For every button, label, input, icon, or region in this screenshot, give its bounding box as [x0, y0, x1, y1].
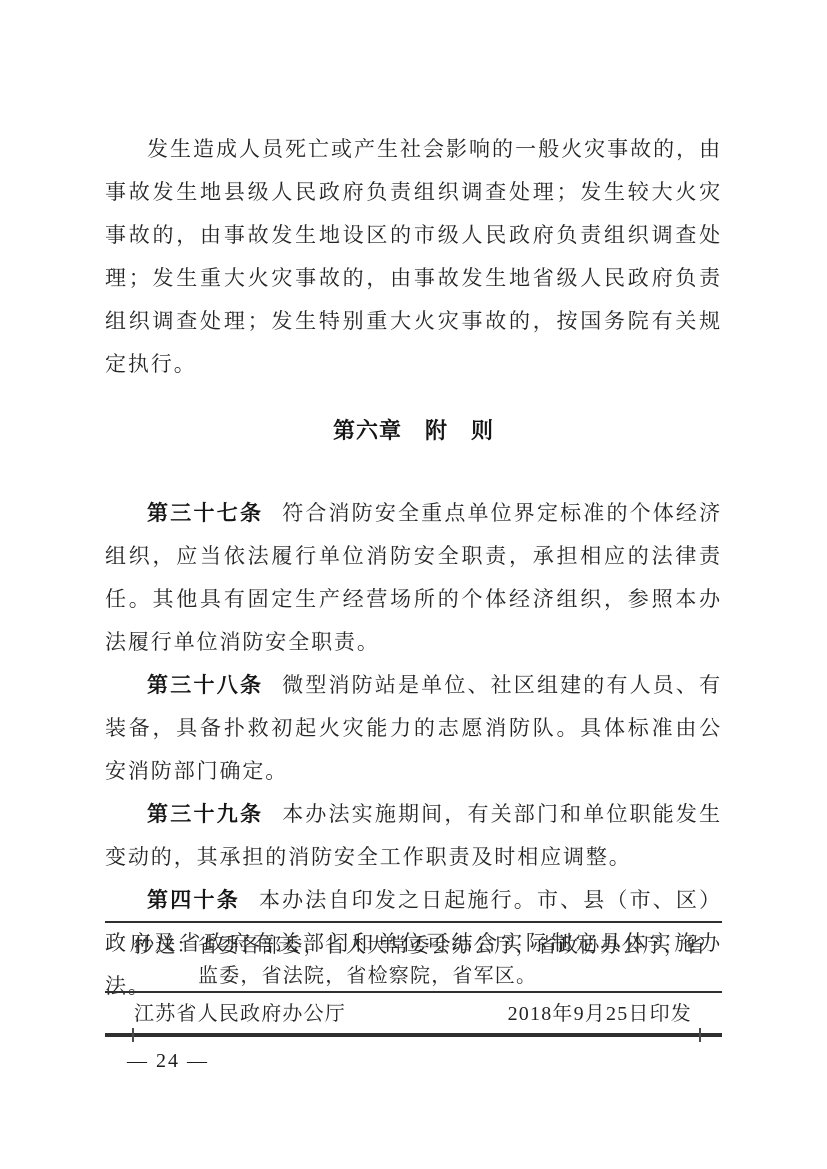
copy-to-block: 抄送：省委各部委，省人大常委会办公厅，省政协办公厅，省监委，省法院，省检察院，省…: [105, 921, 722, 991]
page-number: — 24 —: [105, 1048, 722, 1074]
article-40-label: 第四十条: [147, 889, 240, 912]
print-date: 2018年9月25日印发: [508, 999, 692, 1029]
document-body: 发生造成人员死亡或产生社会影响的一般火灾事故的，由事故发生地县级人民政府负责组织…: [105, 128, 722, 1008]
article-37-label: 第三十七条: [147, 502, 263, 525]
rule-tick-left-icon: [132, 1028, 134, 1042]
article-39-label: 第三十九条: [147, 803, 263, 826]
article-37: 第三十七条符合消防安全重点单位界定标准的个体经济组织，应当依法履行单位消防安全职…: [105, 492, 722, 664]
rule-tick-right-icon: [699, 1028, 701, 1042]
copy-to-line: 抄送：省委各部委，省人大常委会办公厅，省政协办公厅，省监委，省法院，省检察院，省…: [134, 931, 722, 991]
issuer-name: 江苏省人民政府办公厅: [134, 999, 346, 1029]
colophon: 抄送：省委各部委，省人大常委会办公厅，省政协办公厅，省监委，省法院，省检察院，省…: [105, 921, 722, 1074]
issuer-row: 江苏省人民政府办公厅 2018年9月25日印发: [105, 991, 722, 1033]
colophon-bottom-rule: [105, 1033, 722, 1037]
copy-to-list: 省委各部委，省人大常委会办公厅，省政协办公厅，省监委，省法院，省检察院，省军区。: [198, 935, 707, 987]
chapter-heading: 第六章 附 则: [105, 416, 722, 446]
article-38: 第三十八条微型消防站是单位、社区组建的有人员、有装备，具备扑救初起火灾能力的志愿…: [105, 664, 722, 793]
article-39: 第三十九条本办法实施期间，有关部门和单位职能发生变动的，其承担的消防安全工作职责…: [105, 793, 722, 879]
paragraph-intro: 发生造成人员死亡或产生社会影响的一般火灾事故的，由事故发生地县级人民政府负责组织…: [105, 128, 722, 386]
document-page: 发生造成人员死亡或产生社会影响的一般火灾事故的，由事故发生地县级人民政府负责组织…: [0, 0, 827, 1169]
article-38-label: 第三十八条: [147, 674, 263, 697]
copy-to-label: 抄送：: [134, 935, 198, 957]
